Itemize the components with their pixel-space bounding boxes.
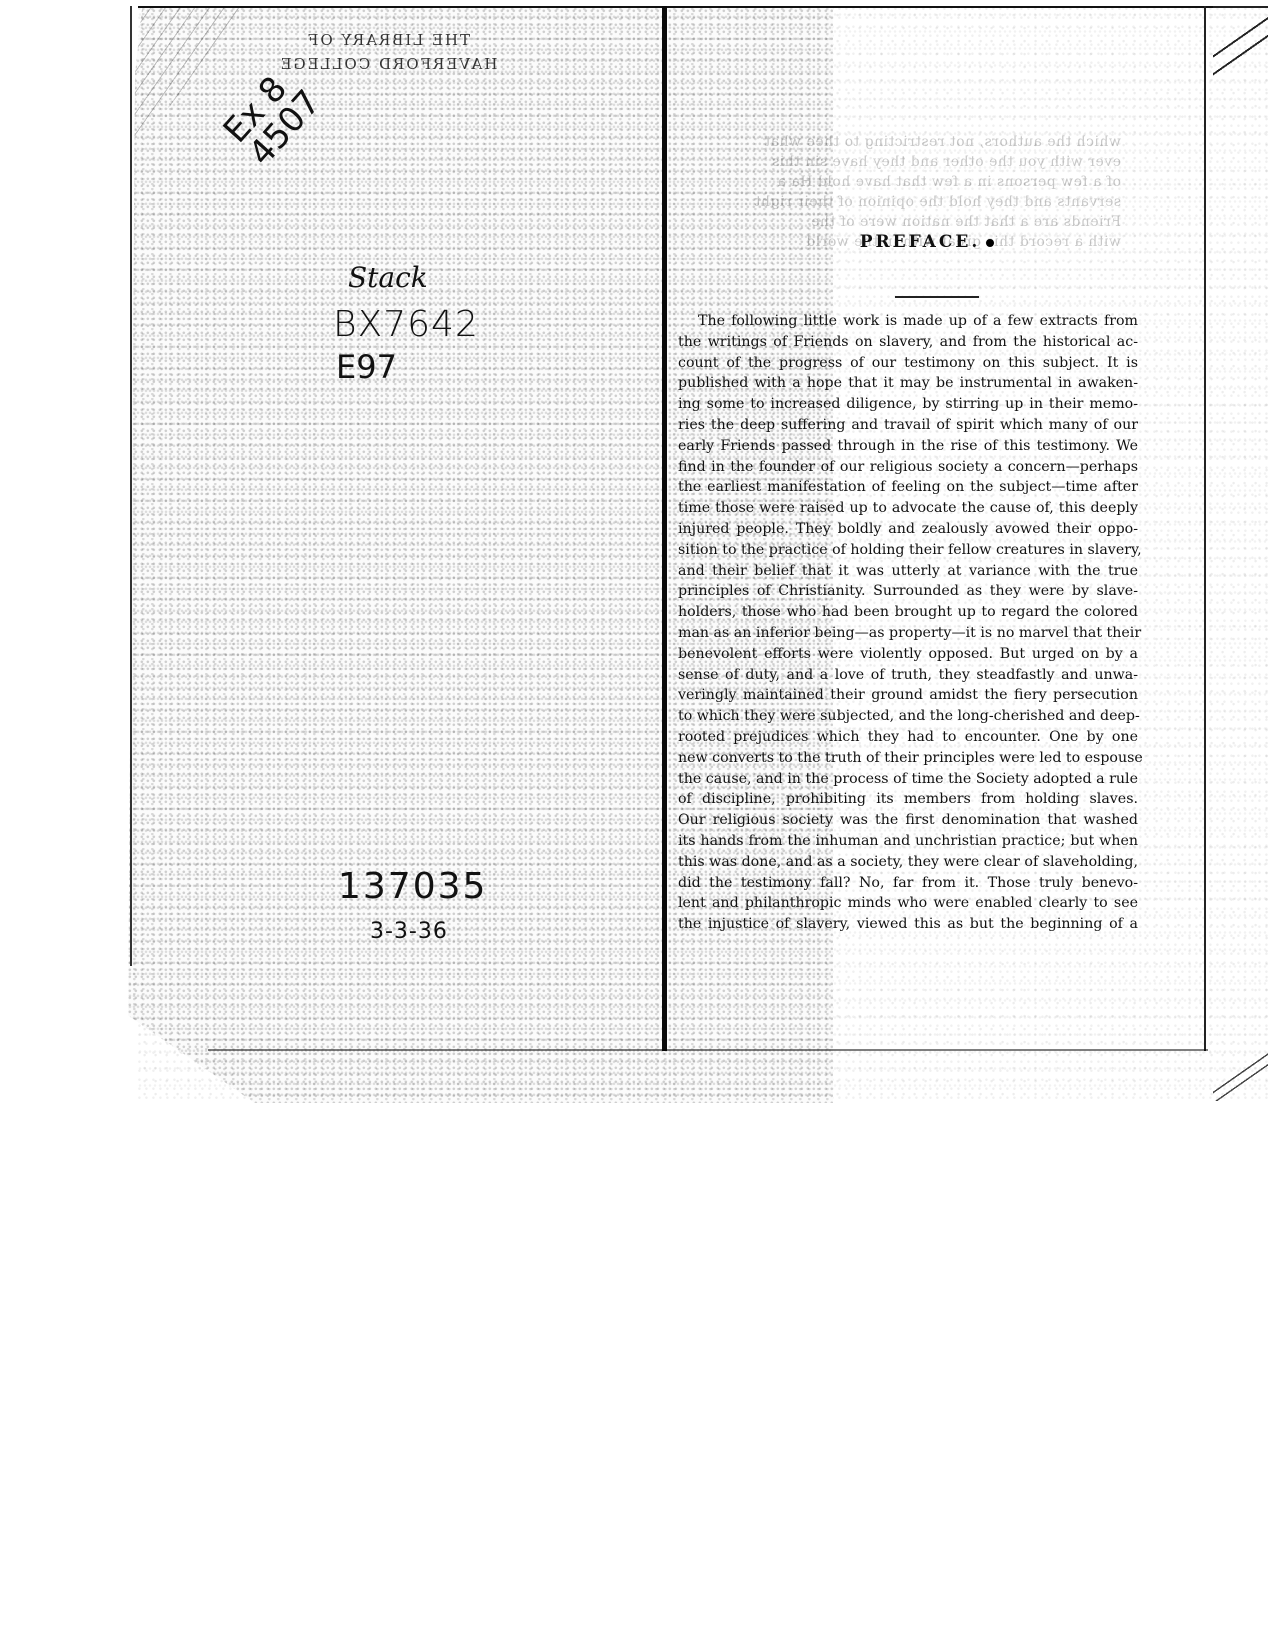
text-line: principles of Christianity. Surrounded a… <box>678 581 1138 602</box>
text-line: Our religious society was the first deno… <box>678 810 1138 831</box>
preface-heading: PREFACE. <box>860 232 981 252</box>
scanned-book-spread: THE LIBRARY OF HAVERFORD COLLEGE Ex 8 45… <box>138 6 1268 1101</box>
text-line: man as an inferior being—as property—it … <box>678 623 1138 644</box>
text-line: did the testimony fall? No, far from it.… <box>678 873 1138 894</box>
text-line: The following little work is made up of … <box>678 311 1138 332</box>
text-line: count of the progress of our testimony o… <box>678 353 1138 374</box>
page-right-edge <box>1204 6 1206 1051</box>
text-line: the writings of Friends on slavery, and … <box>678 332 1138 353</box>
library-stamp-mirrored: THE LIBRARY OF HAVERFORD COLLEGE <box>258 28 518 76</box>
text-line: published with a hope that it may be ins… <box>678 373 1138 394</box>
text-line: the cause, and in the process of time th… <box>678 769 1138 790</box>
page-title: PREFACE. <box>827 232 1027 252</box>
title-underline-rule <box>895 296 979 298</box>
text-line: holders, those who had been brought up t… <box>678 602 1138 623</box>
text-line: lent and philanthropic minds who were en… <box>678 893 1138 914</box>
text-line: ing some to increased diligence, by stir… <box>678 394 1138 415</box>
text-line: early Friends passed through in the rise… <box>678 436 1138 457</box>
call-number-location: Stack <box>348 261 428 294</box>
text-line: sense of duty, and a love of truth, they… <box>678 665 1138 686</box>
text-line: its hands from the inhuman and unchristi… <box>678 831 1138 852</box>
text-line: benevolent efforts were violently oppose… <box>678 644 1138 665</box>
accession-date: 3-3-36 <box>370 919 448 944</box>
text-line: ries the deep suffering and travail of s… <box>678 415 1138 436</box>
preface-text: The following little work is made up of … <box>678 311 1138 935</box>
text-line: time those were raised up to advocate th… <box>678 498 1138 519</box>
text-line: the injustice of slavery, viewed this as… <box>678 914 1138 935</box>
cover-left-edge <box>130 6 132 966</box>
text-line: this was done, and as a society, they we… <box>678 852 1138 873</box>
text-line: rooted prejudices which they had to enco… <box>678 727 1138 748</box>
text-line: the earliest manifestation of feeling on… <box>678 477 1138 498</box>
text-line: sition to the practice of holding their … <box>678 540 1138 561</box>
folded-corner-top-right <box>1213 6 1268 88</box>
folded-corner-bottom-right <box>1213 1051 1268 1101</box>
text-line: of discipline, prohibiting its members f… <box>678 789 1138 810</box>
library-stamp-line-2: HAVERFORD COLLEGE <box>258 52 518 76</box>
text-line: new converts to the truth of their princ… <box>678 748 1138 769</box>
call-number-cutter: E97 <box>336 348 397 386</box>
library-stamp-line-1: THE LIBRARY OF <box>258 28 518 52</box>
call-number-class: BX7642 <box>333 304 479 345</box>
preface-page: which the authors, not restricting to th… <box>667 8 1207 1051</box>
text-line: find in the founder of our religious soc… <box>678 457 1138 478</box>
text-line: veringly maintained their ground amidst … <box>678 685 1138 706</box>
ink-spot <box>986 239 994 247</box>
text-line: and their belief that it was utterly at … <box>678 561 1138 582</box>
text-line: to which they were subjected, and the lo… <box>678 706 1138 727</box>
text-line: injured people. They boldly and zealousl… <box>678 519 1138 540</box>
accession-number: 137035 <box>338 866 487 907</box>
page-bottom-edge <box>208 1049 1208 1051</box>
